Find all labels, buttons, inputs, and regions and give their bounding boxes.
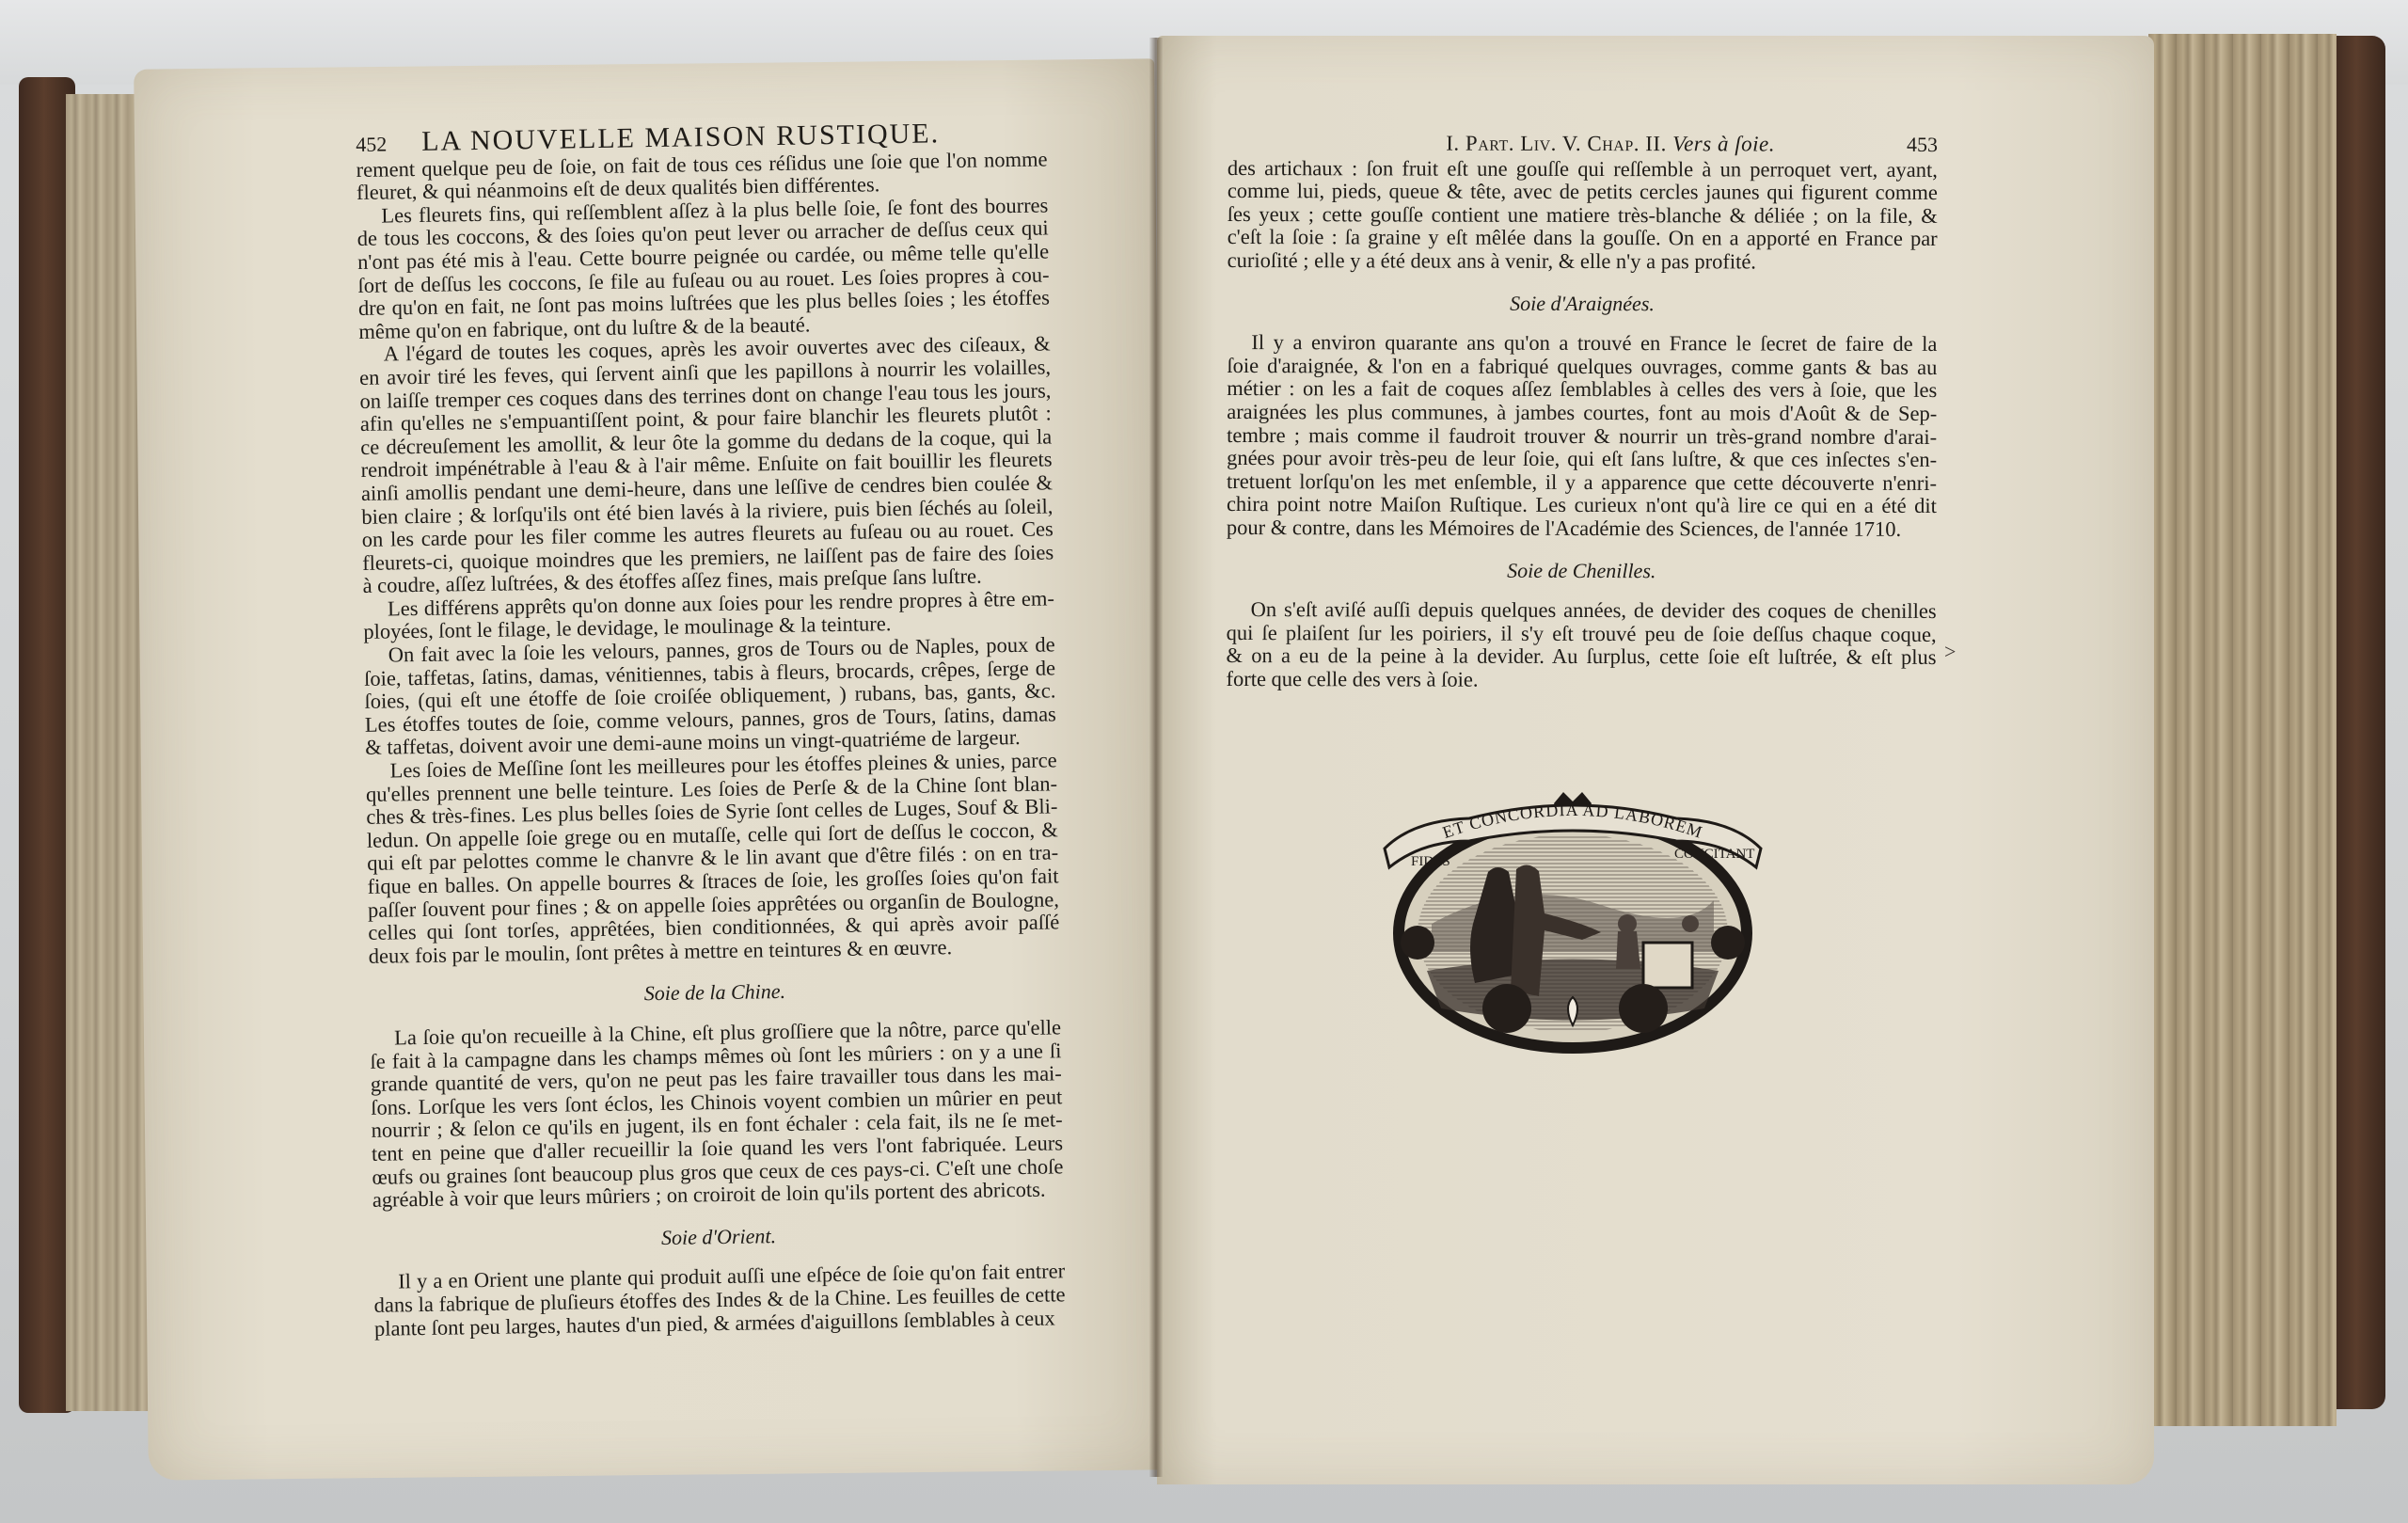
section-heading: Soie d'Araignées. <box>1227 292 1937 317</box>
text-line: chira point notre Maiſon Ruſtique. Les c… <box>1227 493 1937 518</box>
right-running-head: I. Part. Liv. V. Chap. II. Vers à ſoie. … <box>1228 132 1938 157</box>
section-heading: Soie de la Chine. <box>369 976 1060 1010</box>
paragraph: On fait avec la ſoie les velours, pannes… <box>364 633 1057 759</box>
paragraph: A l'égard de toutes les coques, après le… <box>359 333 1054 598</box>
text-line: tembre ; mais comme il faudroit trouver … <box>1227 424 1937 450</box>
text-line: métier : on les a fait de coques aſſez ſ… <box>1227 377 1937 403</box>
text-line: Il y a environ quarante ans qu'on a trou… <box>1227 331 1937 357</box>
running-title: I. Part. Liv. V. Chap. II. Vers à ſoie. <box>1446 133 1775 157</box>
left-body: rement quelque peu de ſoie, on fait de t… <box>356 148 1066 1341</box>
text-line: curioſité ; elle y a été deux ans à veni… <box>1228 249 1938 275</box>
text-line: des artichaux : ſon fruit eſt une gouſſe… <box>1228 157 1938 182</box>
text-line: qui ſe plaiſent ſur les poiriers, il s'y… <box>1227 622 1937 647</box>
text-line: gnées pour avoir très-peu de leur ſoie, … <box>1227 447 1937 472</box>
paragraph: La ſoie qu'on recueille à la Chine, eſt … <box>370 1016 1064 1212</box>
running-title: LA NOUVELLE MAISON RUSTIQUE. <box>421 122 940 153</box>
book-gutter <box>1149 38 1163 1477</box>
page-number: 453 <box>1907 134 1938 157</box>
leather-cover-right <box>2333 36 2385 1409</box>
text-line: comme lui, pieds, queue & tête, avec de … <box>1228 180 1938 205</box>
vignette-motto-left: FIDES <box>1411 854 1450 869</box>
left-page-text: 452 LA NOUVELLE MAISON RUSTIQUE. rement … <box>356 120 1066 1340</box>
paragraph: des artichaux : ſon fruit eſt une gouſſe… <box>1228 157 1938 275</box>
paragraph: Les ſoies de Meſſine ſont les meilleures… <box>365 749 1059 968</box>
right-body: des artichaux : ſon fruit eſt une gouſſe… <box>1226 157 1937 693</box>
text-line: ſes yeux ; cette gouſſe contient une mat… <box>1228 203 1938 229</box>
paragraph: Les fleurets fins, qui reſſemblent aſſez… <box>356 194 1050 343</box>
right-page-text: I. Part. Liv. V. Chap. II. Vers à ſoie. … <box>1226 132 1938 692</box>
section-heading: Soie d'Orient. <box>372 1220 1064 1254</box>
text-line: tretuent lorſqu'on les met enſemble, il … <box>1227 470 1937 496</box>
text-line: ſoie d'araignée, & l'on en a fabriqué qu… <box>1227 355 1937 380</box>
paragraph: Il y a en Orient une plante qui produit … <box>373 1261 1066 1341</box>
engraved-vignette: ET CONCORDIA AD LABOREM FIDES CONCITANT <box>1375 783 1770 1065</box>
text-line: On s'eſt aviſé auſſi depuis quelques ann… <box>1227 598 1937 624</box>
paragraph: Il y a environ quarante ans qu'on a trou… <box>1227 331 1938 541</box>
section-heading: Soie de Chenilles. <box>1227 558 1937 583</box>
text-line: forte que celle des vers à ſoie. <box>1226 668 1936 693</box>
ink-mark: ˃ <box>1944 640 1956 664</box>
page-edges-right <box>2148 34 2337 1426</box>
text-line: c'eſt la ſoie : ſa graine y eſt mêlée da… <box>1228 226 1938 251</box>
vignette-motto-right: CONCITANT <box>1674 847 1754 862</box>
paragraph: On s'eſt aviſé auſſi depuis quelques ann… <box>1226 598 1936 692</box>
text-line: pour & contre, dans les Mémoires de l'Ac… <box>1227 516 1937 542</box>
text-line: araignées les plus communes, à jambes co… <box>1227 401 1937 426</box>
text-line: & on a eu de la peine à la devider. Au ſ… <box>1227 644 1937 670</box>
page-number: 452 <box>356 133 421 157</box>
